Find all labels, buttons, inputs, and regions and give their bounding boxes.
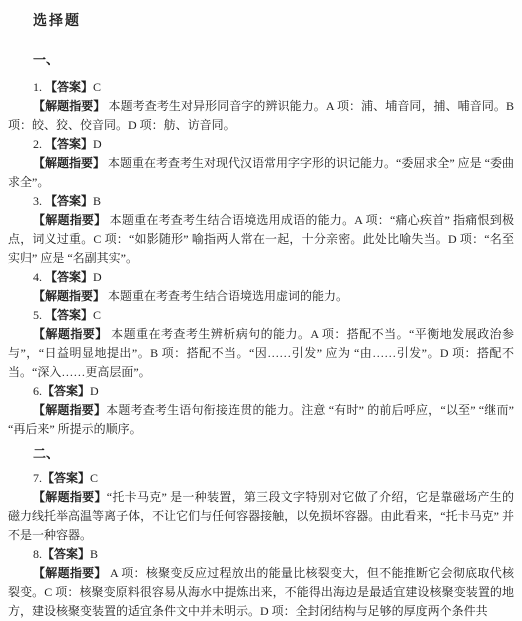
explain-label: 【解题指要】 bbox=[33, 403, 106, 417]
answer-letter: D bbox=[90, 384, 99, 398]
item-number: 5. bbox=[33, 308, 45, 322]
answer-label: 【答案】 bbox=[42, 547, 90, 561]
answer-label: 【答案】 bbox=[45, 80, 93, 94]
answer-letter: B bbox=[90, 547, 98, 561]
answer-line: 6.【答案】D bbox=[8, 382, 514, 401]
explanation-line: 【解题指要】 A 项：核聚变反应过程放出的能量比核裂变大，但不能推断它会彻底取代… bbox=[8, 564, 514, 621]
answer-letter: B bbox=[93, 194, 101, 208]
explain-label: 【解题指要】 bbox=[33, 289, 105, 303]
answer-item: 4. 【答案】D 【解题指要】 本题重在考查考生结合语境选用虚词的能力。 bbox=[8, 268, 514, 306]
item-number: 8. bbox=[33, 547, 42, 561]
answer-item: 7.【答案】C 【解题指要】“托卡马克” 是一种装置，第三段文字特别对它做了介绍… bbox=[8, 469, 514, 545]
answer-item: 1. 【答案】C 【解题指要】 本题考查考生对异形同音字的辨识能力。A 项：浦、… bbox=[8, 78, 514, 135]
answer-letter: D bbox=[93, 270, 102, 284]
answer-line: 7.【答案】C bbox=[8, 469, 514, 488]
explain-text: 本题重在考查考生结合语境选用虚词的能力。 bbox=[105, 289, 348, 303]
document-page: 选择题 一、 1. 【答案】C 【解题指要】 本题考查考生对异形同音字的辨识能力… bbox=[0, 0, 522, 621]
answer-line: 2. 【答案】D bbox=[8, 135, 514, 154]
item-number: 2. bbox=[33, 137, 45, 151]
answer-letter: C bbox=[90, 471, 98, 485]
explain-label: 【解题指要】 bbox=[33, 99, 105, 113]
answer-item: 3. 【答案】B 【解题指要】 本题重在考查考生结合语境选用成语的能力。A 项：… bbox=[8, 192, 514, 268]
explanation-line: 【解题指要】“托卡马克” 是一种装置，第三段文字特别对它做了介绍，它是靠磁场产生… bbox=[8, 488, 514, 545]
explanation-line: 【解题指要】 本题重在考查考生对现代汉语常用字字形的识记能力。“委屈求全” 应是… bbox=[8, 154, 514, 192]
explanation-line: 【解题指要】 本题考查考生对异形同音字的辨识能力。A 项：浦、埔音同，捕、哺音同… bbox=[8, 97, 514, 135]
explain-label: 【解题指要】 bbox=[33, 490, 107, 504]
answer-line: 8.【答案】B bbox=[8, 545, 514, 564]
explain-label: 【解题指要】 bbox=[33, 213, 106, 227]
answer-label: 【答案】 bbox=[42, 471, 90, 485]
answer-line: 4. 【答案】D bbox=[8, 268, 514, 287]
answer-label: 【答案】 bbox=[45, 308, 93, 322]
answer-item: 5. 【答案】C 【解题指要】 本题重在考查考生辨析病句的能力。A 项：搭配不当… bbox=[8, 306, 514, 382]
answer-label: 【答案】 bbox=[45, 137, 93, 151]
answer-line: 3. 【答案】B bbox=[8, 192, 514, 211]
explain-label: 【解题指要】 bbox=[33, 566, 107, 580]
explain-label: 【解题指要】 bbox=[33, 156, 105, 170]
item-number: 1. bbox=[33, 80, 45, 94]
answer-letter: C bbox=[93, 80, 101, 94]
item-number: 3. bbox=[33, 194, 45, 208]
explanation-line: 【解题指要】 本题重在考查考生辨析病句的能力。A 项：搭配不当。“平衡地发展政治… bbox=[8, 325, 514, 382]
answer-label: 【答案】 bbox=[45, 194, 93, 208]
item-number: 7. bbox=[33, 471, 42, 485]
explanation-line: 【解题指要】 本题重在考查考生结合语境选用成语的能力。A 项：“痛心疾首” 指痛… bbox=[8, 211, 514, 268]
section-heading-2: 二、 bbox=[8, 444, 514, 463]
answer-item: 8.【答案】B 【解题指要】 A 项：核聚变反应过程放出的能量比核裂变大，但不能… bbox=[8, 545, 514, 621]
answer-label: 【答案】 bbox=[45, 270, 93, 284]
item-number: 6. bbox=[33, 384, 42, 398]
answer-item: 2. 【答案】D 【解题指要】 本题重在考查考生对现代汉语常用字字形的识记能力。… bbox=[8, 135, 514, 192]
explain-label: 【解题指要】 bbox=[33, 327, 108, 341]
explanation-line: 【解题指要】 本题重在考查考生结合语境选用虚词的能力。 bbox=[8, 287, 514, 306]
answer-line: 1. 【答案】C bbox=[8, 78, 514, 97]
answer-line: 5. 【答案】C bbox=[8, 306, 514, 325]
answer-letter: C bbox=[93, 308, 101, 322]
item-number: 4. bbox=[33, 270, 45, 284]
answer-item: 6.【答案】D 【解题指要】本题考查考生语句衔接连贯的能力。注意 “有时” 的前… bbox=[8, 382, 514, 439]
section-heading-1: 一、 bbox=[8, 50, 514, 69]
answer-letter: D bbox=[93, 137, 102, 151]
page-title: 选择题 bbox=[33, 10, 514, 30]
answer-label: 【答案】 bbox=[42, 384, 90, 398]
explanation-line: 【解题指要】本题考查考生语句衔接连贯的能力。注意 “有时” 的前后呼应，“以至”… bbox=[8, 401, 514, 439]
